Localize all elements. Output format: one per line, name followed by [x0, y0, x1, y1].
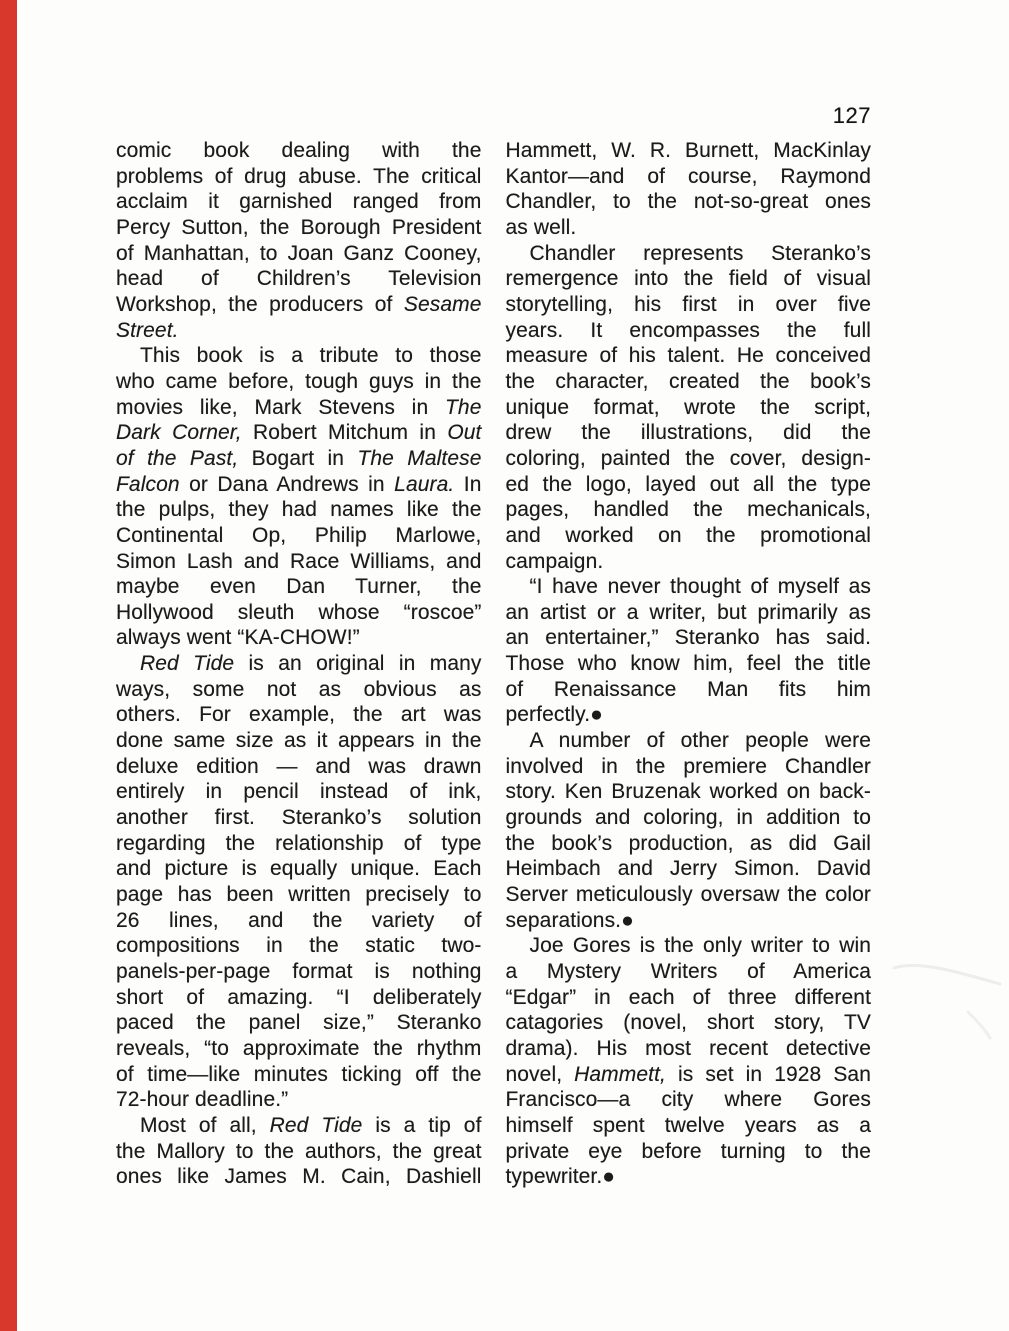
text-line: Hammett, W. R. Burnett, MacKinlay — [506, 138, 872, 164]
text-line: Workshop, the producers of Sesame — [116, 292, 482, 318]
text-line: another first. Steranko’s solution — [116, 805, 482, 831]
text-line: problems of drug abuse. The critical — [116, 164, 482, 190]
text-line: drama). His most recent detective — [506, 1036, 872, 1062]
text-line: a Mystery Writers of America — [506, 959, 872, 985]
text-line: typewriter.● — [506, 1164, 872, 1190]
text-line: others. For example, the art was — [116, 702, 482, 728]
text-line: grounds and coloring, in addition to — [506, 805, 872, 831]
text-line: involved in the premiere Chandler — [506, 754, 872, 780]
text-line: Continental Op, Philip Marlowe, — [116, 523, 482, 549]
text-line: separations.● — [506, 908, 872, 934]
text-line: compositions in the static two- — [116, 933, 482, 959]
text-line: movies like, Mark Stevens in The — [116, 395, 482, 421]
text-line: Server meticulously oversaw the color — [506, 882, 872, 908]
text-line: novel, Hammett, is set in 1928 San — [506, 1062, 872, 1088]
text-line: This book is a tribute to those — [116, 343, 482, 369]
text-line: pages, handled the mechanicals, — [506, 497, 872, 523]
text-line: and picture is equally unique. Each — [116, 856, 482, 882]
text-line: reveals, “to approximate the rhythm — [116, 1036, 482, 1062]
text-line: ways, some not as obvious as — [116, 677, 482, 703]
scan-smudge-mark — [888, 950, 1006, 1045]
text-line: paced the panel size,” Steranko — [116, 1010, 482, 1036]
text-line: panels-per-page format is nothing — [116, 959, 482, 985]
text-line: the character, created the book’s — [506, 369, 872, 395]
scanned-magazine-page: { "page": { "number": "127", "background… — [0, 0, 1009, 1331]
text-line: Chandler represents Steranko’s — [506, 241, 872, 267]
text-line: page has been written precisely to — [116, 882, 482, 908]
text-line: unique format, wrote the script, — [506, 395, 872, 421]
text-line: private eye before turning to the — [506, 1139, 872, 1165]
text-line: Kantor—and of course, Raymond — [506, 164, 872, 190]
text-line: always went “KA-CHOW!” — [116, 625, 482, 651]
text-line: “Edgar” in each of three different — [506, 985, 872, 1011]
text-line: Most of all, Red Tide is a tip of — [116, 1113, 482, 1139]
text-line: drew the illustrations, did the — [506, 420, 872, 446]
text-line: of Manhattan, to Joan Ganz Cooney, — [116, 241, 482, 267]
text-line: Those who know him, feel the title — [506, 651, 872, 677]
text-line: who came before, tough guys in the — [116, 369, 482, 395]
text-line: maybe even Dan Turner, the — [116, 574, 482, 600]
text-line: “I have never thought of myself as — [506, 574, 872, 600]
text-line: as well. — [506, 215, 872, 241]
text-line: measure of his talent. He conceived — [506, 343, 872, 369]
text-line: the book’s production, as did Gail — [506, 831, 872, 857]
text-line: years. It encompasses the full — [506, 318, 872, 344]
text-line: Dark Corner, Robert Mitchum in Out — [116, 420, 482, 446]
text-line: comic book dealing with the — [116, 138, 482, 164]
text-line: himself spent twelve years as a — [506, 1113, 872, 1139]
text-line: Joe Gores is the only writer to win — [506, 933, 872, 959]
text-line: Percy Sutton, the Borough President — [116, 215, 482, 241]
column-right: Hammett, W. R. Burnett, MacKinlayKantor—… — [506, 138, 872, 1190]
text-line: perfectly.● — [506, 702, 872, 728]
text-line: of the Past, Bogart in The Maltese — [116, 446, 482, 472]
text-line: an entertainer,” Steranko has said. — [506, 625, 872, 651]
text-line: an artist or a writer, but primarily as — [506, 600, 872, 626]
text-line: head of Children’s Television — [116, 266, 482, 292]
text-line: story. Ken Bruzenak worked on back- — [506, 779, 872, 805]
text-line: A number of other people were — [506, 728, 872, 754]
text-line: Chandler, to the not-so-great ones — [506, 189, 872, 215]
text-line: ones like James M. Cain, Dashiell — [116, 1164, 482, 1190]
text-columns: comic book dealing with theproblems of d… — [116, 138, 871, 1190]
text-line: Francisco—a city where Gores — [506, 1087, 872, 1113]
text-line: of Renaissance Man fits him — [506, 677, 872, 703]
text-line: campaign. — [506, 549, 872, 575]
text-line: Street. — [116, 318, 482, 344]
text-line: acclaim it garnished ranged from — [116, 189, 482, 215]
text-line: 72-hour deadline.” — [116, 1087, 482, 1113]
book-spine-stripe — [0, 0, 17, 1331]
text-line: ed the logo, layed out all the type — [506, 472, 872, 498]
text-line: remergence into the field of visual — [506, 266, 872, 292]
text-line: Simon Lash and Race Williams, and — [116, 549, 482, 575]
text-line: storytelling, his first in over five — [506, 292, 872, 318]
page-number: 127 — [833, 103, 871, 129]
text-line: the Mallory to the authors, the great — [116, 1139, 482, 1165]
text-line: done same size as it appears in the — [116, 728, 482, 754]
text-line: of time—like minutes ticking off the — [116, 1062, 482, 1088]
text-line: the pulps, they had names like the — [116, 497, 482, 523]
text-line: coloring, painted the cover, design- — [506, 446, 872, 472]
text-line: and worked on the promotional — [506, 523, 872, 549]
text-line: Heimbach and Jerry Simon. David — [506, 856, 872, 882]
text-line: regarding the relationship of type — [116, 831, 482, 857]
text-line: entirely in pencil instead of ink, — [116, 779, 482, 805]
text-line: short of amazing. “I deliberately — [116, 985, 482, 1011]
text-line: Falcon or Dana Andrews in Laura. In — [116, 472, 482, 498]
text-line: catagories (novel, short story, TV — [506, 1010, 872, 1036]
text-line: Red Tide is an original in many — [116, 651, 482, 677]
text-line: deluxe edition — and was drawn — [116, 754, 482, 780]
text-line: 26 lines, and the variety of — [116, 908, 482, 934]
text-line: Hollywood sleuth whose “roscoe” — [116, 600, 482, 626]
column-left: comic book dealing with theproblems of d… — [116, 138, 482, 1190]
